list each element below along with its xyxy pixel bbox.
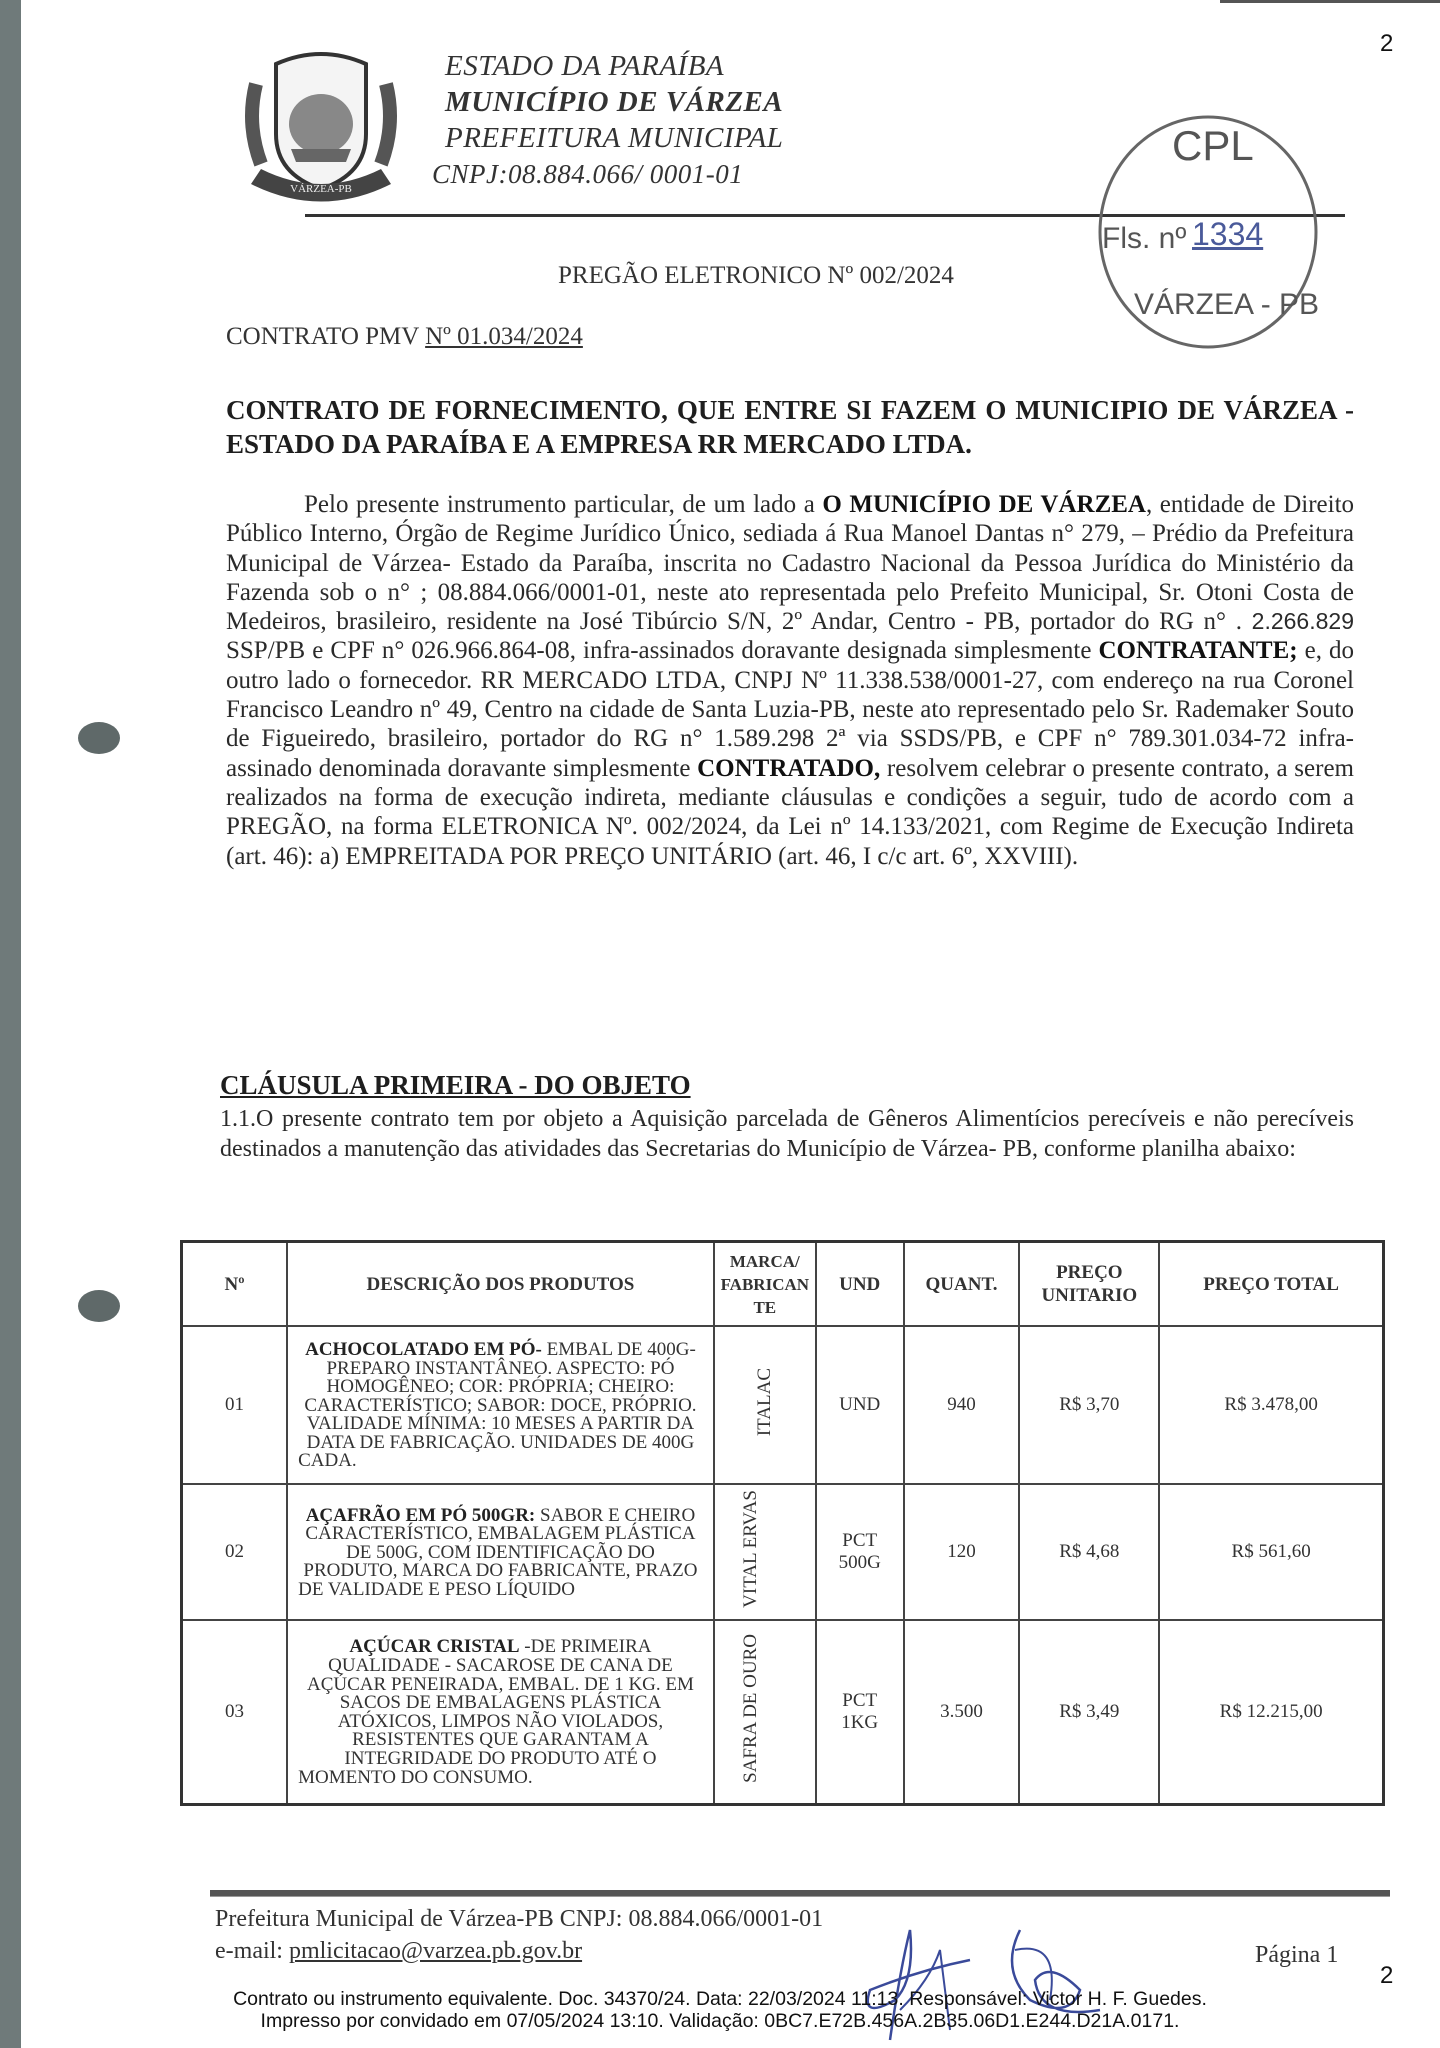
products-table: Nº DESCRIÇÃO DOS PRODUTOS MARCA/ FABRICA… [180, 1240, 1385, 1806]
table-row: 03 AÇÚCAR CRISTAL -DE PRIMEIRA QUALIDADE… [182, 1620, 1384, 1804]
item-brand: ITALAC [714, 1326, 816, 1484]
validation-line-1: Contrato ou instrumento equivalente. Doc… [160, 1988, 1280, 2010]
col-header-total-price: PREÇO TOTAL [1159, 1242, 1383, 1327]
item-unit-price: R$ 4,68 [1019, 1484, 1159, 1620]
footer-email: e-mail: pmlicitacao@varzea.pb.gov.br [215, 1938, 582, 1965]
item-quantity: 3.500 [904, 1620, 1020, 1804]
header-state: ESTADO DA PARAÍBA [445, 48, 724, 84]
email-link[interactable]: pmlicitacao@varzea.pb.gov.br [289, 1938, 582, 1964]
clause-text: 1.1.O presente contrato tem por objeto a… [220, 1104, 1354, 1164]
footer-divider [210, 1890, 1390, 1897]
table-header-row: Nº DESCRIÇÃO DOS PRODUTOS MARCA/ FABRICA… [182, 1242, 1384, 1327]
cpl-stamp: CPL Fls. nº 1334 VÁRZEA - PB [1090, 110, 1320, 360]
punch-hole [78, 722, 120, 754]
table-row: 01 ACHOCOLATADO EM PÓ- EMBAL DE 400G- PR… [182, 1326, 1384, 1484]
scan-edge [0, 0, 21, 2048]
page-number-top: 2 [1380, 30, 1393, 58]
item-total: R$ 3.478,00 [1159, 1326, 1383, 1484]
punch-hole [78, 1290, 120, 1322]
header-municipality: MUNICÍPIO DE VÁRZEA [445, 84, 783, 120]
footer-prefecture: Prefeitura Municipal de Várzea-PB CNPJ: … [215, 1906, 823, 1933]
contract-title: CONTRATO DE FORNECIMENTO, QUE ENTRE SI F… [226, 393, 1354, 461]
item-number: 01 [182, 1326, 288, 1484]
contract-number: CONTRATO PMV Nº 01.034/2024 [226, 323, 583, 351]
item-unit-price: R$ 3,49 [1019, 1620, 1159, 1804]
page-number-bottom: 2 [1380, 1962, 1393, 1990]
footer-page-label: Página 1 [1255, 1942, 1338, 1969]
clause-title: CLÁUSULA PRIMEIRA - DO OBJETO [220, 1070, 691, 1101]
item-number: 03 [182, 1620, 288, 1804]
header-cnpj: CNPJ:08.884.066/ 0001-01 [432, 156, 743, 192]
item-number: 02 [182, 1484, 288, 1620]
col-header-brand: MARCA/ FABRICAN TE [714, 1242, 816, 1327]
table-row: 02 AÇAFRÃO EM PÓ 500GR: SABOR E CHEIRO C… [182, 1484, 1384, 1620]
header-prefecture: PREFEITURA MUNICIPAL [445, 120, 783, 156]
pregao-number: PREGÃO ELETRONICO Nº 002/2024 [558, 262, 954, 290]
item-unit: PCT 500G [816, 1484, 904, 1620]
col-header-quantity: QUANT. [904, 1242, 1020, 1327]
coat-of-arms-icon: VÁRZEA-PB [236, 44, 406, 209]
contract-preamble: Pelo presente instrumento particular, de… [226, 490, 1354, 871]
item-unit-price: R$ 3,70 [1019, 1326, 1159, 1484]
svg-text:VÁRZEA-PB: VÁRZEA-PB [290, 183, 352, 195]
item-unit: PCT 1KG [816, 1620, 904, 1804]
stamp-folio-number: 1334 [1192, 216, 1263, 253]
col-header-unit: UND [816, 1242, 904, 1327]
item-description: AÇÚCAR CRISTAL -DE PRIMEIRA QUALIDADE - … [287, 1620, 714, 1804]
item-brand: VITAL ERVAS [714, 1484, 816, 1620]
col-header-number: Nº [182, 1242, 288, 1327]
item-description: AÇAFRÃO EM PÓ 500GR: SABOR E CHEIRO CARA… [287, 1484, 714, 1620]
item-total: R$ 561,60 [1159, 1484, 1383, 1620]
col-header-description: DESCRIÇÃO DOS PRODUTOS [287, 1242, 714, 1327]
validation-line-2: Impresso por convidado em 07/05/2024 13:… [160, 2010, 1280, 2032]
item-quantity: 940 [904, 1326, 1020, 1484]
item-total: R$ 12.215,00 [1159, 1620, 1383, 1804]
item-quantity: 120 [904, 1484, 1020, 1620]
scan-top-edge [1220, 0, 1440, 3]
item-brand: SAFRA DE OURO [714, 1620, 816, 1804]
item-description: ACHOCOLATADO EM PÓ- EMBAL DE 400G- PREPA… [287, 1326, 714, 1484]
item-unit: UND [816, 1326, 904, 1484]
col-header-unit-price: PREÇO UNITARIO [1019, 1242, 1159, 1327]
